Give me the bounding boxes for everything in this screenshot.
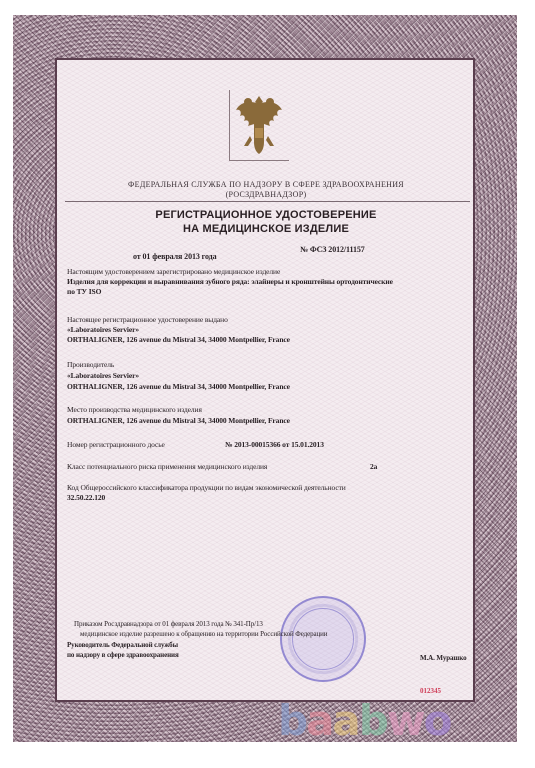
- field-value: 2а: [370, 462, 377, 471]
- watermark-letter: a: [306, 700, 332, 742]
- signature-permission: медицинское изделие разрешено к обращени…: [80, 630, 327, 639]
- field-label: Номер регистрационного досье: [67, 440, 165, 449]
- watermark-letter: w: [387, 700, 424, 742]
- field-label: Производитель: [67, 360, 114, 369]
- field-value: ORTHALIGNER, 126 avenue du Mistral 34, 3…: [67, 382, 290, 391]
- issuer-abbreviation: (РОСЗДРАВНАДЗОР): [66, 190, 466, 199]
- certificate-title: РЕГИСТРАЦИОННОЕ УДОСТОВЕРЕНИЕ: [66, 209, 466, 221]
- certificate-date: от 01 февраля 2013 года: [133, 252, 217, 261]
- signer-title: Руководитель Федеральной службы: [67, 641, 178, 650]
- serial-mark: 012345: [420, 687, 441, 695]
- certificate-subtitle: НА МЕДИЦИНСКОЕ ИЗДЕЛИЕ: [66, 223, 466, 235]
- signer-name: М.А. Мурашко: [420, 654, 466, 663]
- field-value: 32.50.22.120: [67, 493, 105, 502]
- site-watermark: baabwo: [278, 700, 451, 742]
- field-label: Класс потенциального риска применения ме…: [67, 462, 267, 471]
- field-value: «Laboratoires Servier»: [67, 371, 139, 380]
- field-label: Настоящим удостоверением зарегистрирован…: [67, 267, 280, 276]
- field-value: Изделия для коррекции и выравнивания зуб…: [67, 277, 393, 286]
- field-value: «Laboratoires Servier»: [67, 325, 139, 334]
- watermark-letter: b: [359, 700, 387, 742]
- field-value: по ТУ ISO: [67, 287, 101, 296]
- russian-coat-of-arms-icon: [232, 92, 286, 156]
- watermark-letter: b: [278, 700, 306, 742]
- field-value: ORTHALIGNER, 126 avenue du Mistral 34, 3…: [67, 416, 290, 425]
- signature-order: Приказом Росздравнадзора от 01 февраля 2…: [74, 620, 263, 629]
- field-value: № 2013-00015366 от 15.01.2013: [225, 440, 324, 449]
- emblem-rule: [229, 90, 230, 160]
- watermark-letter: a: [332, 700, 358, 742]
- watermark-letter: o: [424, 700, 451, 742]
- header-rule: [65, 201, 470, 202]
- signer-title-cont: по надзору в сфере здравоохранения: [67, 651, 179, 660]
- field-label: Код Общероссийского классификатора проду…: [67, 483, 346, 492]
- certificate-number: № ФСЗ 2012/11157: [300, 245, 365, 254]
- emblem-base-rule: [229, 160, 289, 161]
- issuer-name: ФЕДЕРАЛЬНАЯ СЛУЖБА ПО НАДЗОРУ В СФЕРЕ ЗД…: [66, 180, 466, 189]
- field-value: ORTHALIGNER, 126 avenue du Mistral 34, 3…: [67, 335, 290, 344]
- official-seal: [280, 596, 366, 682]
- field-label: Место производства медицинского изделия: [67, 405, 202, 414]
- field-label: Настоящее регистрационное удостоверение …: [67, 315, 228, 324]
